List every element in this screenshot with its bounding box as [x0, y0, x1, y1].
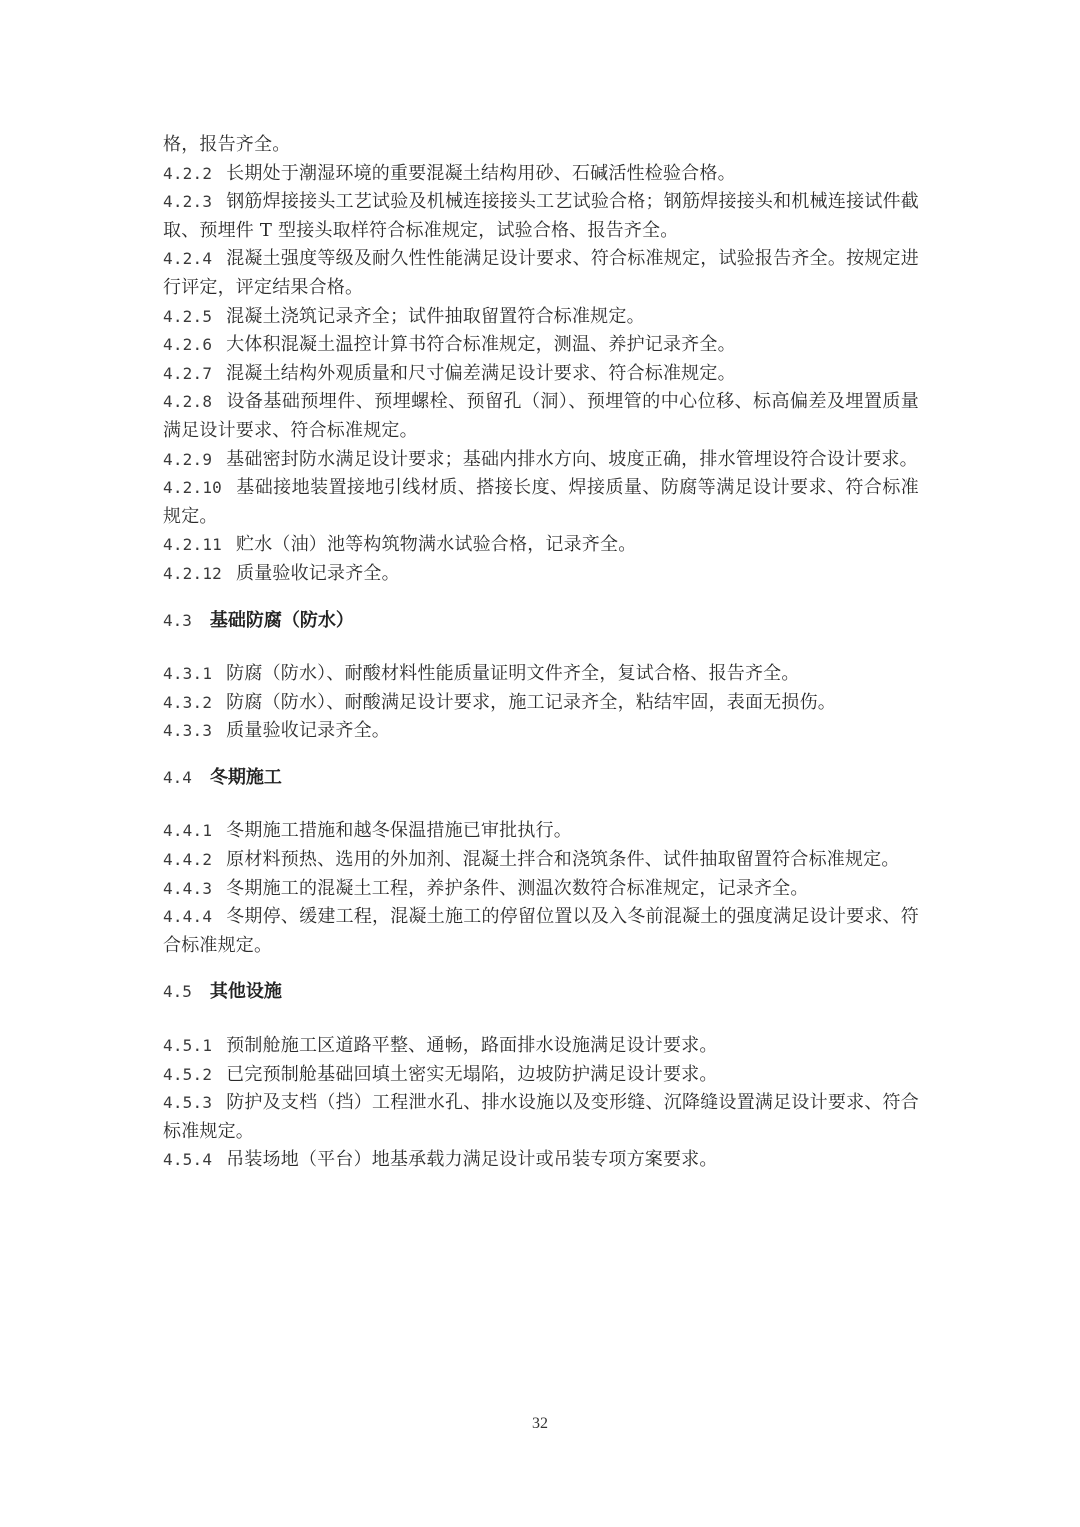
clause-4-2-2: 4.2.2长期处于潮湿环境的重要混凝土结构用砂、石碱活性检验合格。: [163, 160, 919, 189]
clause-4-3-1: 4.3.1防腐（防水）、耐酸材料性能质量证明文件齐全，复试合格、报告齐全。: [163, 660, 919, 689]
clause-number: 4.5.4: [163, 1150, 212, 1169]
clause-text: 混凝土强度等级及耐久性性能满足设计要求、符合标准规定，试验报告齐全。按规定进行评…: [163, 248, 919, 298]
clause-text: 混凝土结构外观质量和尺寸偏差满足设计要求、符合标准规定。: [226, 363, 736, 384]
clause-text: 原材料预热、选用的外加剂、混凝土拌合和浇筑条件、试件抽取留置符合标准规定。: [226, 849, 899, 870]
clause-number: 4.2.11: [163, 535, 222, 554]
clause-4-2-4: 4.2.4混凝土强度等级及耐久性性能满足设计要求、符合标准规定，试验报告齐全。按…: [163, 245, 919, 302]
clause-4-2-12: 4.2.12质量验收记录齐全。: [163, 560, 919, 589]
clause-text: 吊装场地（平台）地基承载力满足设计或吊装专项方案要求。: [226, 1149, 717, 1170]
clause-number: 4.2.12: [163, 564, 222, 583]
continuation-text: 格，报告齐全。: [163, 131, 919, 160]
clause-4-2-6: 4.2.6大体积混凝土温控计算书符合标准规定，测温、养护记录齐全。: [163, 331, 919, 360]
clause-number: 4.2.5: [163, 307, 212, 326]
clause-text: 混凝土浇筑记录齐全；试件抽取留置符合标准规定。: [226, 306, 645, 327]
clause-text: 已完预制舱基础回填土密实无塌陷，边坡防护满足设计要求。: [226, 1064, 717, 1085]
clause-number: 4.3.3: [163, 721, 212, 740]
clause-number: 4.5.1: [163, 1036, 212, 1055]
clause-text: 冬期停、缓建工程，混凝土施工的停留位置以及入冬前混凝土的强度满足设计要求、符合标…: [163, 906, 919, 956]
clause-text: 预制舱施工区道路平整、通畅，路面排水设施满足设计要求。: [226, 1035, 717, 1056]
clause-4-2-5: 4.2.5混凝土浇筑记录齐全；试件抽取留置符合标准规定。: [163, 303, 919, 332]
clause-4-2-7: 4.2.7混凝土结构外观质量和尺寸偏差满足设计要求、符合标准规定。: [163, 360, 919, 389]
clause-number: 4.2.8: [163, 392, 212, 411]
clause-4-2-8: 4.2.8设备基础预埋件、预埋螺栓、预留孔（洞）、预埋管的中心位移、标高偏差及埋…: [163, 388, 919, 445]
section-number: 4.3: [163, 611, 192, 630]
clause-text: 质量验收记录齐全。: [236, 563, 400, 584]
section-number: 4.5: [163, 982, 192, 1001]
clause-4-3-3: 4.3.3质量验收记录齐全。: [163, 717, 919, 746]
document-page: 格，报告齐全。 4.2.2长期处于潮湿环境的重要混凝土结构用砂、石碱活性检验合格…: [163, 131, 919, 1175]
clause-text: 长期处于潮湿环境的重要混凝土结构用砂、石碱活性检验合格。: [226, 163, 736, 184]
section-title: 其他设施: [210, 981, 282, 1002]
clause-text: 设备基础预埋件、预埋螺栓、预留孔（洞）、预埋管的中心位移、标高偏差及埋置质量满足…: [163, 391, 919, 441]
clause-4-5-3: 4.5.3防护及支档（挡）工程泄水孔、排水设施以及变形缝、沉降缝设置满足设计要求…: [163, 1089, 919, 1146]
clause-number: 4.5.3: [163, 1093, 212, 1112]
clause-4-4-2: 4.4.2原材料预热、选用的外加剂、混凝土拌合和浇筑条件、试件抽取留置符合标准规…: [163, 846, 919, 875]
clause-number: 4.2.6: [163, 335, 212, 354]
clause-text: 大体积混凝土温控计算书符合标准规定，测温、养护记录齐全。: [226, 334, 736, 355]
section-title: 基础防腐（防水）: [210, 610, 354, 631]
clause-text: 钢筋焊接接头工艺试验及机械连接接头工艺试验合格；钢筋焊接接头和机械连接试件截取、…: [163, 191, 919, 241]
clause-number: 4.2.4: [163, 249, 212, 268]
clause-text: 质量验收记录齐全。: [226, 720, 390, 741]
clause-4-5-4: 4.5.4吊装场地（平台）地基承载力满足设计或吊装专项方案要求。: [163, 1146, 919, 1175]
clause-number: 4.4.1: [163, 821, 212, 840]
clause-4-2-9: 4.2.9基础密封防水满足设计要求；基础内排水方向、坡度正确，排水管埋设符合设计…: [163, 446, 919, 475]
clause-4-4-4: 4.4.4冬期停、缓建工程，混凝土施工的停留位置以及入冬前混凝土的强度满足设计要…: [163, 903, 919, 960]
clause-4-2-11: 4.2.11贮水（油）池等构筑物满水试验合格，记录齐全。: [163, 531, 919, 560]
clause-text: 基础接地装置接地引线材质、搭接长度、焊接质量、防腐等满足设计要求、符合标准规定。: [163, 477, 919, 527]
clause-text: 防护及支档（挡）工程泄水孔、排水设施以及变形缝、沉降缝设置满足设计要求、符合标准…: [163, 1092, 919, 1142]
section-heading-4-3: 4.3基础防腐（防水）: [163, 607, 919, 636]
clause-4-4-1: 4.4.1冬期施工措施和越冬保温措施已审批执行。: [163, 817, 919, 846]
clause-text: 冬期施工的混凝土工程，养护条件、测温次数符合标准规定，记录齐全。: [226, 878, 808, 899]
clause-number: 4.2.7: [163, 364, 212, 383]
clause-number: 4.3.2: [163, 693, 212, 712]
clause-number: 4.5.2: [163, 1065, 212, 1084]
clause-number: 4.4.2: [163, 850, 212, 869]
clause-text: 防腐（防水）、耐酸满足设计要求，施工记录齐全，粘结牢固，表面无损伤。: [226, 692, 836, 713]
clause-number: 4.4.3: [163, 879, 212, 898]
clause-number: 4.2.10: [163, 478, 222, 497]
clause-number: 4.2.9: [163, 450, 212, 469]
section-number: 4.4: [163, 768, 192, 787]
clause-text: 防腐（防水）、耐酸材料性能质量证明文件齐全，复试合格、报告齐全。: [226, 663, 799, 684]
clause-4-5-2: 4.5.2已完预制舱基础回填土密实无塌陷，边坡防护满足设计要求。: [163, 1061, 919, 1090]
clause-4-2-3: 4.2.3钢筋焊接接头工艺试验及机械连接接头工艺试验合格；钢筋焊接接头和机械连接…: [163, 188, 919, 245]
clause-number: 4.2.3: [163, 192, 212, 211]
clause-4-3-2: 4.3.2防腐（防水）、耐酸满足设计要求，施工记录齐全，粘结牢固，表面无损伤。: [163, 689, 919, 718]
section-title: 冬期施工: [210, 767, 282, 788]
clause-number: 4.4.4: [163, 907, 212, 926]
clause-number: 4.3.1: [163, 664, 212, 683]
section-heading-4-5: 4.5其他设施: [163, 978, 919, 1007]
clause-text: 基础密封防水满足设计要求；基础内排水方向、坡度正确，排水管埋设符合设计要求。: [226, 449, 918, 470]
clause-number: 4.2.2: [163, 164, 212, 183]
clause-text: 冬期施工措施和越冬保温措施已审批执行。: [226, 820, 572, 841]
page-number: 32: [0, 1415, 1080, 1433]
clause-4-2-10: 4.2.10基础接地装置接地引线材质、搭接长度、焊接质量、防腐等满足设计要求、符…: [163, 474, 919, 531]
clause-4-5-1: 4.5.1预制舱施工区道路平整、通畅，路面排水设施满足设计要求。: [163, 1032, 919, 1061]
clause-4-4-3: 4.4.3冬期施工的混凝土工程，养护条件、测温次数符合标准规定，记录齐全。: [163, 875, 919, 904]
clause-text: 贮水（油）池等构筑物满水试验合格，记录齐全。: [236, 534, 636, 555]
section-heading-4-4: 4.4冬期施工: [163, 764, 919, 793]
